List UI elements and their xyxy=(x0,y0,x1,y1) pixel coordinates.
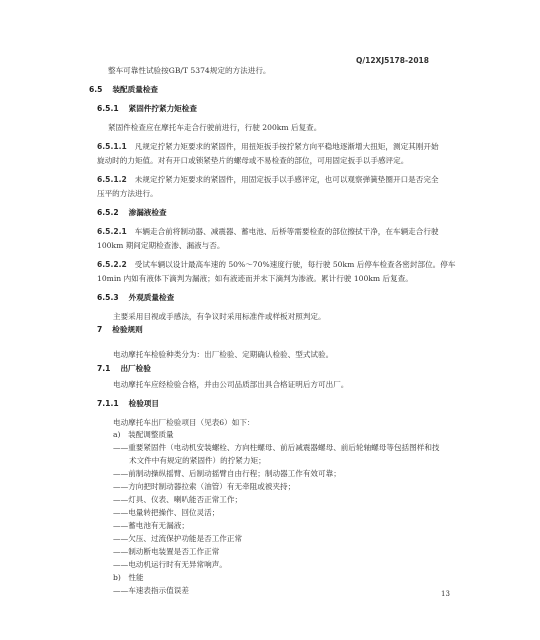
line-text: ——电动机运行时有无异常响声。 xyxy=(113,560,227,569)
section-heading: 6.5装配质量检查 xyxy=(89,85,158,95)
line-text: ——车速表指示值误差 xyxy=(113,586,189,595)
line-text: 凡规定拧紧力矩要求的紧固件，用扭矩扳手按拧紧方向平稳地逐渐增大扭矩，测定其刚开始 xyxy=(135,142,439,151)
line-text: 车辆走合前将制动器、减震器、蓄电池、后桥等需要检查的部位擦拭干净，在车辆走合行驶 xyxy=(135,227,439,236)
line-text: ——前制动操纵摇臂、后制动摇臂自由行程；制动器工作有效可靠； xyxy=(113,469,341,478)
section-number: 6.5.2 xyxy=(97,208,119,218)
paragraph-line: 压平的方法进行。 xyxy=(97,189,158,199)
section-number: 6.5.1.2 xyxy=(97,175,127,184)
paragraph-line: 主要采用目视或手感法，有争议时采用标准件或样板对照判定。 xyxy=(113,312,326,322)
line-text: ——蓄电池有无漏液； xyxy=(113,521,189,530)
section-number: 6.5.3 xyxy=(97,293,119,303)
paragraph-line: ——蓄电池有无漏液； xyxy=(113,521,189,531)
paragraph-line: ——制动断电装置是否工作正常 xyxy=(113,547,219,557)
line-text: 检验规则 xyxy=(112,325,142,334)
paragraph-line: 6.5.2.2受试车辆以设计最高车速的 50%～70%速度行驶，每行驶 50km… xyxy=(97,260,455,270)
line-text: 未规定拧紧力矩要求的紧固件，用固定扳手以手感评定，也可以观察弹簧垫圈开口是否完全 xyxy=(135,175,439,184)
paragraph-line: ——方向把时制动器拉索（油管）有无牵阻或被夹持； xyxy=(113,482,295,492)
section-heading: 7检验规则 xyxy=(97,325,143,335)
paragraph-line: ——欠压、过流保护功能是否工作正常 xyxy=(113,534,242,544)
paragraph-line: 整车可靠性试验按GB/T 5374规定的方法进行。 xyxy=(108,66,271,76)
section-number: 6.5.2.1 xyxy=(97,227,127,236)
line-text: 装配质量检查 xyxy=(112,85,158,94)
paragraph-line: 电动摩托车应经检验合格，并由公司品质部出具合格证明后方可出厂。 xyxy=(113,380,348,390)
line-text: 电动摩托车检验种类分为：出厂检验、定期确认检验、型式试验。 xyxy=(113,350,333,359)
line-text: 出厂检验 xyxy=(120,364,150,373)
section-number: 6.5 xyxy=(89,85,102,95)
paragraph-line: 紧固件检查应在摩托车走合行驶前进行，行驶 200km 后复查。 xyxy=(108,123,321,133)
section-heading: 6.5.2渗漏液检查 xyxy=(97,208,167,218)
section-number: 7.1 xyxy=(97,364,110,374)
line-text: ——灯具、仪表、喇叭能否正常工作； xyxy=(113,495,242,504)
paragraph-line: ——前制动操纵摇臂、后制动摇臂自由行程；制动器工作有效可靠； xyxy=(113,469,341,479)
line-text: 检验项目 xyxy=(129,399,159,408)
line-text: 紧固件拧紧力矩检查 xyxy=(129,104,197,113)
paragraph-line: ——电量转把操作、回位灵活； xyxy=(113,508,219,518)
line-text: 术文件中有规定的紧固件）的拧紧力矩； xyxy=(129,456,266,465)
line-text: 受试车辆以设计最高车速的 50%～70%速度行驶，每行驶 50km 后停车检查各… xyxy=(135,260,456,269)
section-heading: 7.1.1检验项目 xyxy=(97,399,159,409)
paragraph-line: 旋动时的力矩值。对有开口或锁紧垫片的螺母或不易检查的部位，可用固定扳手以手感评定… xyxy=(97,156,408,166)
document-code: Q/12XJ5178-2018 xyxy=(356,56,429,65)
paragraph-line: 10min 内如有液体下滴判为漏液；如有液迹而并未下滴判为渗液。累计行驶 100… xyxy=(97,274,413,284)
line-text: ——电量转把操作、回位灵活； xyxy=(113,508,219,517)
line-text: ——方向把时制动器拉索（油管）有无牵阻或被夹持； xyxy=(113,482,295,491)
line-text: 旋动时的力矩值。对有开口或锁紧垫片的螺母或不易检查的部位，可用固定扳手以手感评定… xyxy=(97,156,408,165)
line-text: 整车可靠性试验按GB/T 5374规定的方法进行。 xyxy=(108,66,271,75)
section-number: 6.5.1.1 xyxy=(97,142,127,151)
section-number: 7 xyxy=(97,325,102,335)
section-heading: 6.5.1紧固件拧紧力矩检查 xyxy=(97,104,197,114)
paragraph-line: ——重要紧固件（电动机安装螺栓、方向柱螺母、前后减震器螺母、前后轮轴螺母等包括图… xyxy=(113,443,440,453)
line-text: ——重要紧固件（电动机安装螺栓、方向柱螺母、前后减震器螺母、前后轮轴螺母等包括图… xyxy=(113,443,440,452)
line-text: 紧固件检查应在摩托车走合行驶前进行，行驶 200km 后复查。 xyxy=(108,123,321,132)
line-text: 主要采用目视或手感法，有争议时采用标准件或样板对照判定。 xyxy=(113,312,326,321)
paragraph-line: 6.5.1.1凡规定拧紧力矩要求的紧固件，用扭矩扳手按拧紧方向平稳地逐渐增大扭矩… xyxy=(97,142,439,152)
paragraph-line: 6.5.1.2未规定拧紧力矩要求的紧固件，用固定扳手以手感评定，也可以观察弹簧垫… xyxy=(97,175,439,185)
line-text: b) 性能 xyxy=(113,573,144,582)
paragraph-line: 电动摩托车检验种类分为：出厂检验、定期确认检验、型式试验。 xyxy=(113,350,333,360)
line-text: ——欠压、过流保护功能是否工作正常 xyxy=(113,534,242,543)
line-text: 压平的方法进行。 xyxy=(97,189,158,198)
paragraph-line: ——灯具、仪表、喇叭能否正常工作； xyxy=(113,495,242,505)
paragraph-line: 电动摩托车出厂检验项目（见表6）如下： xyxy=(113,418,255,428)
paragraph-line: 术文件中有规定的紧固件）的拧紧力矩； xyxy=(129,456,266,466)
section-number: 6.5.1 xyxy=(97,104,119,114)
section-heading: 7.1出厂检验 xyxy=(97,364,151,374)
paragraph-line: 100km 期间定期检查渗、漏液与否。 xyxy=(97,241,224,251)
line-text: a) 装配调整质量 xyxy=(113,430,174,439)
line-text: 渗漏液检查 xyxy=(129,208,167,217)
line-text: 电动摩托车应经检验合格，并由公司品质部出具合格证明后方可出厂。 xyxy=(113,380,348,389)
section-number: 7.1.1 xyxy=(97,399,119,409)
paragraph-line: a) 装配调整质量 xyxy=(113,430,174,440)
paragraph-line: ——车速表指示值误差 xyxy=(113,586,189,596)
line-text: 10min 内如有液体下滴判为漏液；如有液迹而并未下滴判为渗液。累计行驶 100… xyxy=(97,274,413,283)
line-text: 100km 期间定期检查渗、漏液与否。 xyxy=(97,241,224,250)
section-number: 6.5.2.2 xyxy=(97,260,127,269)
paragraph-line: 6.5.2.1车辆走合前将制动器、减震器、蓄电池、后桥等需要检查的部位擦拭干净，… xyxy=(97,227,439,237)
paragraph-line: b) 性能 xyxy=(113,573,144,583)
line-text: 电动摩托车出厂检验项目（见表6）如下： xyxy=(113,418,255,427)
line-text: ——制动断电装置是否工作正常 xyxy=(113,547,219,556)
section-heading: 6.5.3外观质量检查 xyxy=(97,293,174,303)
page-number: 13 xyxy=(441,590,450,598)
paragraph-line: ——电动机运行时有无异常响声。 xyxy=(113,560,227,570)
line-text: 外观质量检查 xyxy=(129,293,175,302)
